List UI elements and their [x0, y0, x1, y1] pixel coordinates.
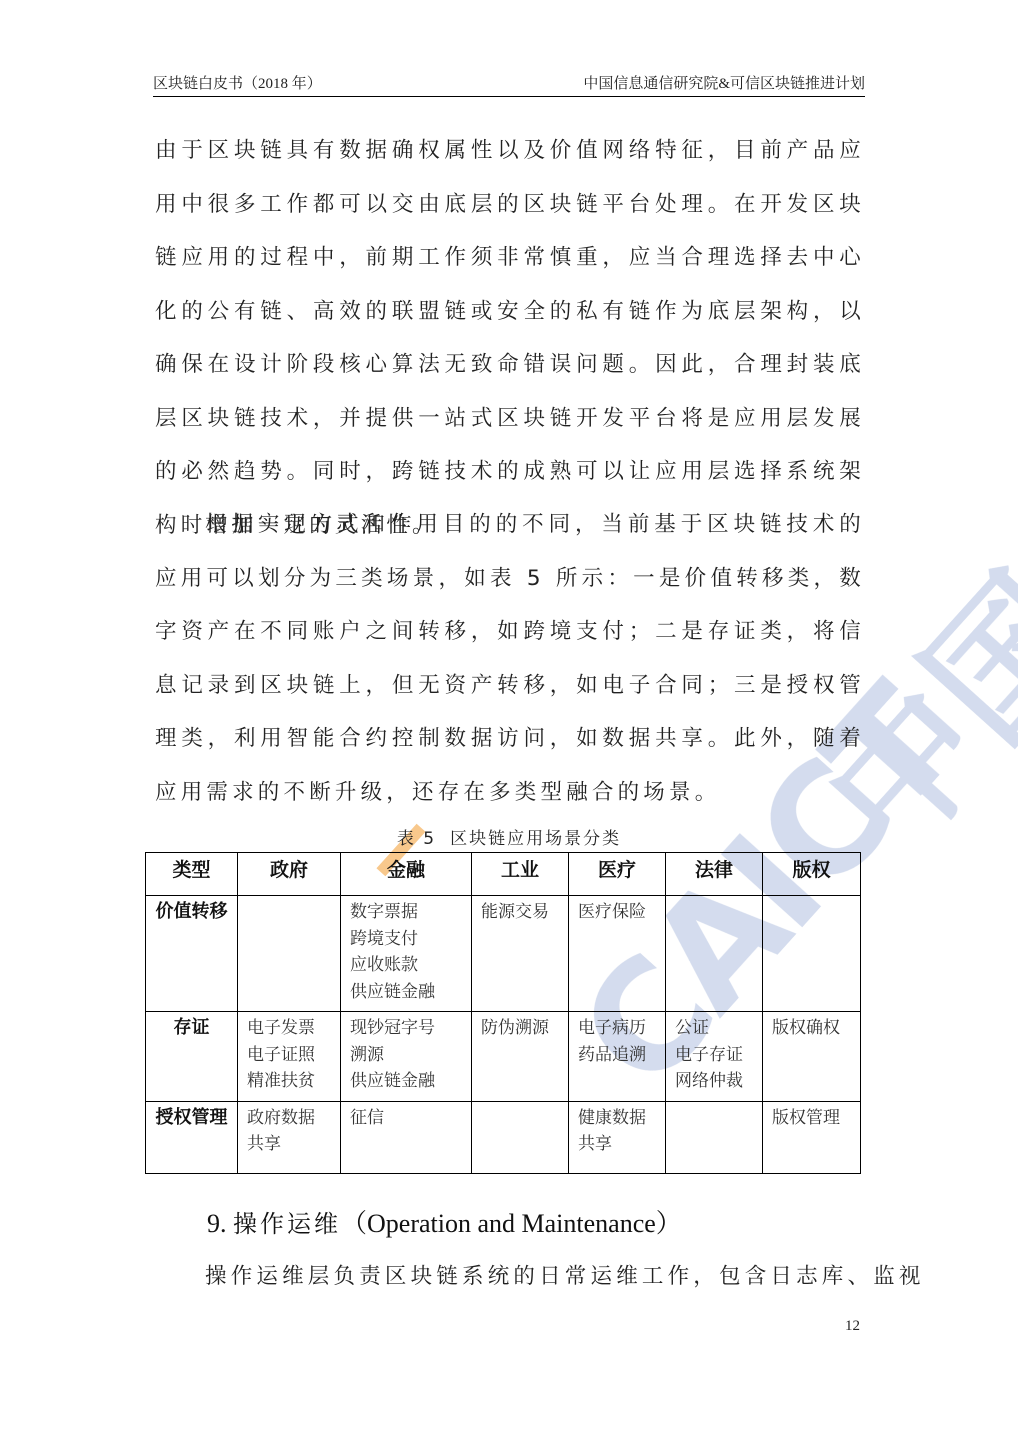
- cell-item: 应收账款: [350, 952, 463, 979]
- cell-item: 精准扶贫: [247, 1068, 332, 1095]
- column-header: 医疗: [569, 853, 666, 896]
- section-heading: 9. 操作运维（Operation and Maintenance）: [207, 1203, 682, 1240]
- section-number: 9.: [207, 1209, 227, 1238]
- cell-item: 医疗保险: [578, 899, 657, 926]
- cell-item: 网络仲裁: [675, 1068, 754, 1095]
- cell-item: 电子病历: [578, 1015, 657, 1042]
- cell-item: 电子证照: [247, 1042, 332, 1069]
- cell-item: 溯源: [350, 1042, 463, 1069]
- table-cell: [472, 1101, 569, 1173]
- table-header-row: 类型 政府 金融 工业 医疗 法律 版权: [146, 853, 861, 896]
- header-document-title: 区块链白皮书（2018 年）: [153, 72, 322, 93]
- cell-item: 电子存证: [675, 1042, 754, 1069]
- cell-item: 公证: [675, 1015, 754, 1042]
- page-header: 区块链白皮书（2018 年） 中国信息通信研究院&可信区块链推进计划: [153, 70, 865, 97]
- row-type-label: 存证: [146, 1012, 238, 1102]
- cell-item: 健康数据: [578, 1105, 657, 1132]
- cell-item: 政府数据: [247, 1105, 332, 1132]
- column-header: 工业: [472, 853, 569, 896]
- table-cell: 电子发票电子证照精准扶贫: [238, 1012, 341, 1102]
- table-caption-number: 表 5: [397, 829, 436, 849]
- table-cell: 政府数据共享: [238, 1101, 341, 1173]
- cell-item: 共享: [578, 1131, 657, 1158]
- cell-item: 现钞冠字号: [350, 1015, 463, 1042]
- table-cell: [763, 896, 861, 1012]
- scenario-table: 类型 政府 金融 工业 医疗 法律 版权 价值转移数字票据跨境支付应收账款供应链…: [145, 852, 861, 1174]
- row-type-label: 授权管理: [146, 1101, 238, 1173]
- column-header: 类型: [146, 853, 238, 896]
- cell-item: 跨境支付: [350, 926, 463, 953]
- table-row: 授权管理政府数据共享征信健康数据共享版权管理: [146, 1101, 861, 1173]
- table-cell: 公证电子存证网络仲裁: [666, 1012, 763, 1102]
- table-cell: 现钞冠字号溯源供应链金融: [341, 1012, 472, 1102]
- cell-item: 供应链金融: [350, 1068, 463, 1095]
- header-organization: 中国信息通信研究院&可信区块链推进计划: [583, 72, 865, 93]
- table-cell: [238, 896, 341, 1012]
- table-cell: 数字票据跨境支付应收账款供应链金融: [341, 896, 472, 1012]
- cell-item: 供应链金融: [350, 979, 463, 1006]
- table-cell: 能源交易: [472, 896, 569, 1012]
- page-number: 12: [845, 1318, 860, 1335]
- table-row: 价值转移数字票据跨境支付应收账款供应链金融能源交易医疗保险: [146, 896, 861, 1012]
- paragraph-operation: 操作运维层负责区块链系统的日常运维工作，包含日志库、监视: [155, 1250, 865, 1304]
- table-cell: 健康数据共享: [569, 1101, 666, 1173]
- paragraph-scenarios: 根据实现方式和作用目的的不同，当前基于区块链技术的应用可以划分为三类场景，如表 …: [155, 498, 865, 819]
- cell-item: 共享: [247, 1131, 332, 1158]
- cell-item: 电子发票: [247, 1015, 332, 1042]
- cell-item: 版权确权: [772, 1015, 852, 1042]
- row-type-label: 价值转移: [146, 896, 238, 1012]
- table-caption-title: 区块链应用场景分类: [450, 829, 621, 849]
- table-cell: 版权管理: [763, 1101, 861, 1173]
- cell-item: 能源交易: [481, 899, 560, 926]
- table-cell: 医疗保险: [569, 896, 666, 1012]
- column-header: 版权: [763, 853, 861, 896]
- table-row: 存证电子发票电子证照精准扶贫现钞冠字号溯源供应链金融防伪溯源电子病历药品追溯公证…: [146, 1012, 861, 1102]
- table-cell: 电子病历药品追溯: [569, 1012, 666, 1102]
- table-cell: 版权确权: [763, 1012, 861, 1102]
- table-cell: 防伪溯源: [472, 1012, 569, 1102]
- cell-item: 药品追溯: [578, 1042, 657, 1069]
- cell-item: 征信: [350, 1105, 463, 1132]
- paragraph-platform: 由于区块链具有数据确权属性以及价值网络特征，目前产品应用中很多工作都可以交由底层…: [155, 124, 865, 552]
- section-title-en: （Operation and Maintenance）: [341, 1209, 682, 1238]
- table-cell: [666, 896, 763, 1012]
- column-header: 法律: [666, 853, 763, 896]
- cell-item: 版权管理: [772, 1105, 852, 1132]
- cell-item: 防伪溯源: [481, 1015, 560, 1042]
- section-title-zh: 操作运维: [233, 1210, 341, 1238]
- table-cell: 征信: [341, 1101, 472, 1173]
- table-cell: [666, 1101, 763, 1173]
- column-header: 政府: [238, 853, 341, 896]
- cell-item: 数字票据: [350, 899, 463, 926]
- column-header: 金融: [341, 853, 472, 896]
- table-caption: 表 5区块链应用场景分类: [0, 824, 1018, 849]
